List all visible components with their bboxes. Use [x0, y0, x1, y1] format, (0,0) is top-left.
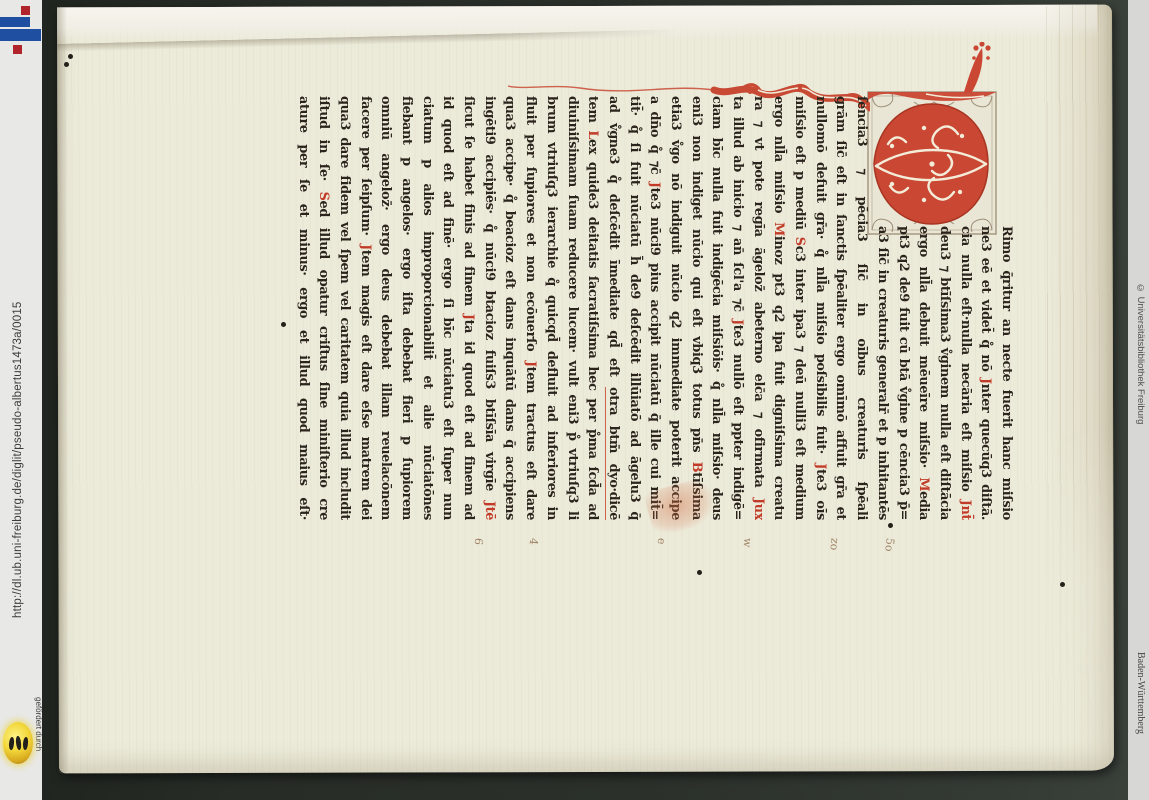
line-text: ciam bīc nulla fuit indigēcia miſsiōis· … — [709, 96, 724, 520]
line-text: ſencia3 ⁊ pēcia3 ſic̄ in oībus creaturis… — [854, 96, 869, 520]
rubricated-text: S — [316, 192, 331, 201]
line-text: eni3 non indiget nūcio qui eſt vbiq3 tot… — [689, 96, 704, 462]
manuscript-line: qua3 accipe· q̊ beacioz eſt dans inquātū… — [499, 96, 520, 520]
manuscript-line: ſencia3 ⁊ pēcia3 ſic̄ in oībus creaturis… — [851, 96, 872, 520]
manuscript-line: qua3 dare fidem vel ſpem vel caritatem q… — [333, 96, 354, 520]
line-text: otra btm̄ dyo·dicē — [605, 387, 621, 520]
line-text: ed illud opatur criſtus ſine miniſterio … — [316, 201, 331, 520]
lion-icon — [15, 736, 21, 750]
line-text: ſicut ſe habet finis ad finem — [461, 96, 476, 314]
logo-red-square-icon — [21, 6, 30, 15]
book-fore-edge — [1046, 5, 1114, 771]
copyright-watermark: © Universitätsbibliothek Freiburg — [1131, 283, 1146, 483]
logo-blue-bar-icon — [0, 29, 41, 41]
line-text: ta id quod eſt ad finem ad — [461, 320, 476, 520]
text-lines: Rimo q̄ritur an necte fuerit hanc miſsio… — [292, 96, 1016, 522]
line-text: qua3 dare fidem vel ſpem vel caritatem q… — [337, 96, 352, 520]
line-text: ciatum p alios improporcionabilit̄ et al… — [420, 96, 435, 520]
manuscript-line: fluit per ſupiores et non ecōuerſo Jtem … — [520, 96, 541, 520]
ink-speck — [64, 62, 69, 67]
line-text: ergo nll̄a miſsio — [771, 96, 786, 222]
rubricated-text: L — [585, 130, 600, 139]
rubricated-text: M — [771, 222, 786, 236]
manuscript-line: fiebant p angelos· ergo iſta debebat fie… — [395, 96, 416, 520]
rubricated-text: S — [792, 237, 807, 246]
line-text: tem — [585, 96, 600, 130]
line-text: id quod eſt ad finē· ergo ſi bīc nūciatu… — [440, 96, 455, 520]
manuscript-line: iſtud in ſe· Sed illud opatur criſtus ſi… — [313, 96, 334, 520]
line-text: edia — [916, 491, 931, 520]
margin-mark: w — [741, 537, 755, 548]
right-sidebar: © Universitätsbibliothek Freiburg Baden-… — [1128, 0, 1149, 800]
text-block-rotated: Rimo q̄ritur an necte fuerit hanc miſsio… — [292, 50, 1018, 522]
manuscript-line: nullomō defuit gr̄a· q̊ nll̄a miſsio poſ… — [809, 96, 830, 520]
line-text: te3 nullō eſt ppter indigē= — [730, 325, 745, 520]
ub-freiburg-logo — [0, 3, 42, 55]
rubricated-text: B — [689, 462, 704, 472]
manuscript-line: ergo nll̄a miſsio Minoz pt3 q2 ipa fuit … — [768, 96, 789, 520]
manuscript-line: a3 ſic̄ in creaturis generalr̄ et p inhi… — [871, 226, 892, 520]
rubricated-text: Jux — [751, 498, 766, 520]
line-text: ad v̊gne3 q̊ deſcēdit īmediate qd̄ eſt — [606, 96, 621, 387]
line-text: fluit per ſupiores et non ecōuerſo — [523, 96, 538, 361]
line-text: ne3 eē et videt̄ q̊ nō — [978, 226, 993, 378]
manuscript-line: ta illud ab inicio ⁊ an̄ ſcl'a ⁊c̄ Jte3 … — [726, 96, 747, 520]
line-text: a3 ſic̄ in creaturis generalr̄ et p inhi… — [875, 226, 890, 520]
margin-mark: 6 — [472, 537, 486, 545]
line-text: ex quide3 deitatis ſacratiſsima hec per … — [585, 139, 600, 520]
line-text: miſsio eſt p mediū — [792, 96, 807, 237]
line-text: tem magis eſt dare eſse matrem dei — [358, 250, 373, 520]
line-text: ingēti9 accipiēs· q̊ nūci9 btacioz fuiſs… — [482, 96, 497, 501]
lion-icon — [22, 736, 29, 750]
manuscript-line: id quod eſt ad finē· ergo ſi bīc nūciatu… — [437, 96, 458, 520]
manuscript-line: ature per ſe et minus· ergo et illud quo… — [292, 96, 313, 520]
manuscript-line: ergo nll̄a debuit mēueīre miſsio· Media — [913, 226, 934, 520]
page-left-edge — [57, 7, 69, 773]
manuscript-line: cia nulla eſt·nulla necāria eſt miſsio J… — [954, 226, 975, 520]
manuscript-line: ad v̊gne3 q̊ deſcēdit īmediate qd̄ eſt o… — [602, 96, 623, 520]
margin-mark: 4 — [527, 537, 541, 545]
digitized-page-view: Rimo q̄ritur an necte fuerit hanc miſsio… — [0, 0, 1149, 800]
manuscript-line: ciam bīc nulla fuit indigēcia miſsiōis· … — [706, 96, 727, 520]
manuscript-line: facere per ſeipſum· Jtem magis eſt dare … — [354, 96, 375, 520]
ink-speck — [888, 523, 893, 528]
manuscript-line: diuiniſsimam ſuam reducere lucem· vult e… — [561, 96, 582, 520]
manuscript-line: ingēti9 accipiēs· q̊ nūci9 btacioz fuiſs… — [478, 96, 499, 520]
manuscript-line: ne3 eē et videt̄ q̊ nō Jnter quecūq3 diſ… — [975, 226, 996, 520]
rubricated-text: Jnt̄ — [958, 500, 973, 520]
manuscript-line: ciatum p alios improporcionabilit̄ et al… — [416, 96, 437, 520]
ink-speck — [697, 570, 702, 575]
baden-wuerttemberg-emblem — [3, 722, 33, 764]
line-text: inoz pt3 q2 ipa fuit digniſsima creatu — [771, 236, 786, 520]
manuscript-line: a dn̄o q̊ ⁊c̄ Jte3 nūci9 pius accipit nū… — [644, 96, 665, 520]
line-text: te3 oīs — [813, 469, 828, 520]
manuscript-line: Rimo q̄ritur an necte fuerit hanc miſsio — [995, 226, 1016, 520]
rubricated-text: M — [916, 477, 931, 491]
manuscript-line: tem Lex quide3 deitatis ſacratiſsima hec… — [582, 96, 603, 520]
region-watermark: Baden-Württemberg — [1131, 652, 1146, 797]
logo-blue-bar-icon — [0, 17, 30, 27]
line-text: iſtud in ſe· — [316, 96, 331, 192]
line-text: Rimo q̄ritur an necte fuerit hanc miſsio — [999, 226, 1014, 520]
rubricated-text: Jtē — [482, 501, 497, 520]
ink-speck — [1060, 582, 1065, 587]
line-text: c3 inter ipa3 ⁊ deū nulli3 eſt medium — [792, 246, 807, 520]
ink-speck — [68, 54, 73, 59]
left-sidebar: http://dl.ub.uni-freiburg.de/diglit/pseu… — [0, 0, 42, 800]
funded-by-label: gefördert durch — [31, 697, 43, 767]
margin-mark: 5o — [882, 537, 896, 552]
manuscript-line: grām ſic̄ eſt in ſanctis ſpēaliter ergo … — [830, 96, 851, 520]
lion-icon — [8, 736, 15, 750]
manuscript-line: omniū angeloz̄· ergo deus debebat illam … — [375, 96, 396, 520]
line-text: grām ſic̄ eſt in ſanctis ſpēaliter ergo … — [834, 96, 849, 520]
manuscript-line: etia3 v̊go nō indiguit nūcio q2 immediat… — [664, 96, 685, 520]
manuscript-line: ra ⁊ vt pote regīa āgeloz̄ abeterno elc̄… — [747, 96, 768, 520]
manuscript-line: brum vtriuſq3 ierarchie q̊ quicqd̄ deflu… — [540, 96, 561, 520]
margin-mark: e — [655, 537, 669, 545]
line-text: omniū angeloz̄· ergo deus debebat illam … — [378, 96, 393, 520]
manuscript-line: pt3 q2 de9 fuit cū btā v̊gine p cēncia3 … — [892, 226, 913, 520]
ink-speck — [281, 322, 286, 327]
line-text: diuiniſsimam ſuam reducere lucem· vult e… — [565, 96, 580, 520]
line-text: tem tractus eſt dare — [523, 367, 538, 520]
line-text: a dn̄o q̊ ⁊c̄ — [647, 96, 662, 182]
line-text: qua3 accipe· q̊ beacioz eſt dans inquātū… — [503, 96, 518, 520]
manuscript-line: eni3 non indiget nūcio qui eſt vbiq3 tot… — [685, 96, 706, 520]
manuscript-line: ſicut ſe habet finis ad finem Jta id quo… — [457, 96, 478, 520]
line-text: nter quecūq3 diſtā. — [978, 384, 993, 520]
line-text: ergo nll̄a debuit mēueīre miſsio· — [916, 226, 931, 477]
line-text: brum vtriuſq3 ierarchie q̊ quicqd̄ deflu… — [544, 96, 559, 520]
url-watermark: http://dl.ub.uni-freiburg.de/diglit/pseu… — [12, 178, 34, 618]
margin-mark: zo — [827, 537, 841, 551]
line-text: nullomō defuit gr̄a· q̊ nll̄a miſsio poſ… — [813, 96, 828, 463]
logo-red-square-icon — [13, 45, 22, 54]
line-text: ature per ſe et minus· ergo et illud quo… — [296, 96, 311, 520]
line-text: ra ⁊ vt pote regīa āgeloz̄ abeterno elc̄… — [751, 96, 766, 498]
line-text: cia nulla eſt·nulla necāria eſt miſsio — [958, 226, 973, 500]
line-text: pt3 q2 de9 fuit cū btā v̊gine p cēncia3 … — [896, 226, 911, 520]
line-text: ta illud ab inicio ⁊ an̄ ſcl'a ⁊c̄ — [730, 96, 745, 319]
line-text: fiebant p angelos· ergo iſta debebat fie… — [399, 96, 414, 520]
line-text: tit̄· q̊ ſi fuit nūciatū h̄ de9 deſcēdit… — [627, 96, 642, 520]
manuscript-line: deu3 ⁊ btīſsima3 v̊ginem nulla eſt diſtā… — [933, 226, 954, 520]
line-text: te3 nūci9 pius accipit nūciatū q̄ ille c… — [647, 188, 662, 520]
line-text: deu3 ⁊ btīſsima3 v̊ginem nulla eſt diſtā… — [937, 226, 952, 520]
line-text: facere per ſeipſum· — [358, 96, 373, 244]
manuscript-line: miſsio eſt p mediū Sc3 inter ipa3 ⁊ deū … — [788, 96, 809, 520]
line-text: etia3 v̊go nō indiguit nūcio q2 immediat… — [668, 96, 683, 520]
manuscript-line: tit̄· q̊ ſi fuit nūciatū h̄ de9 deſcēdit… — [623, 96, 644, 520]
